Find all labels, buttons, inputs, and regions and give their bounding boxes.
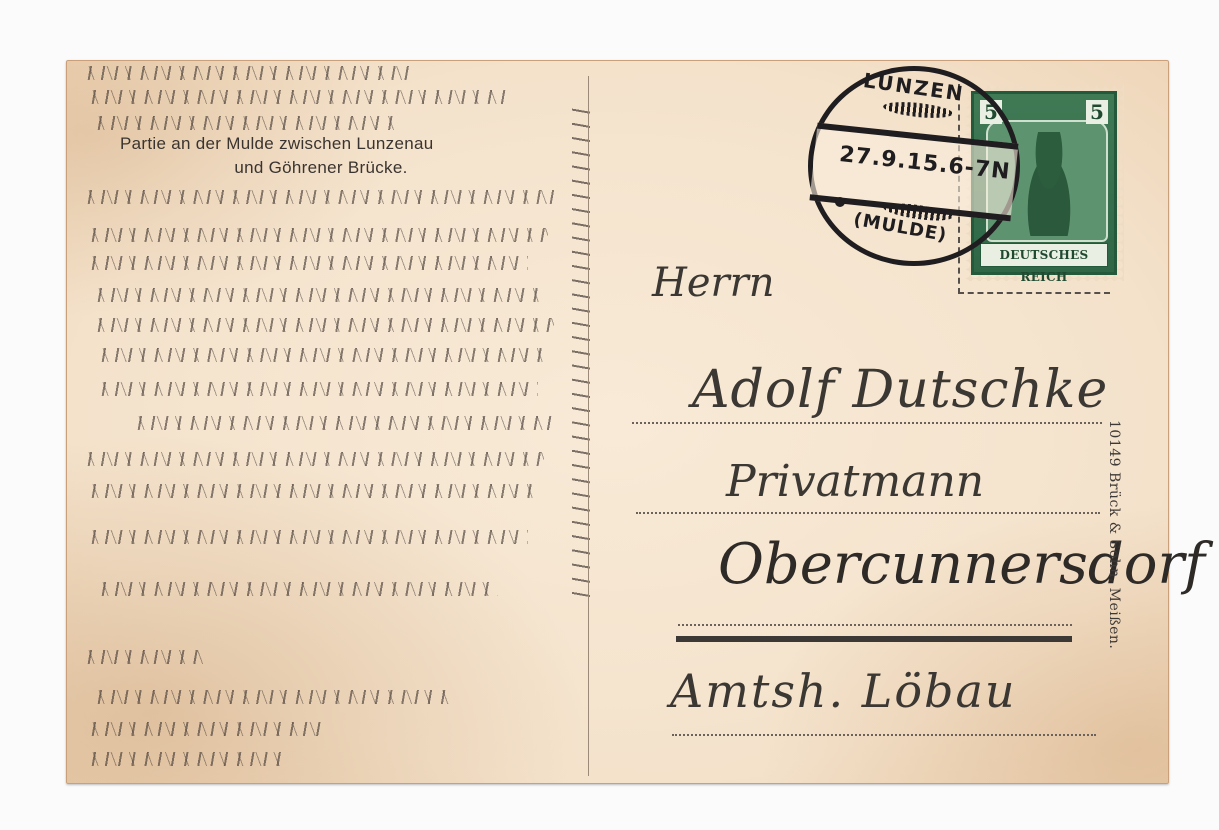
address-dotted-line — [672, 734, 1096, 736]
address-dotted-line — [636, 512, 1100, 514]
handwriting-line — [84, 66, 414, 80]
address-underline — [676, 636, 1072, 642]
address-dotted-line — [678, 624, 1072, 626]
handwriting-line — [88, 90, 508, 104]
postmark-town: LUNZEN — [862, 68, 966, 106]
handwriting-line — [88, 484, 538, 498]
handwriting-line — [98, 582, 498, 596]
address-name: Adolf Dutschke — [692, 360, 1108, 420]
address-town: Obercunnersdorf — [718, 532, 1205, 597]
postmark-star-icon — [835, 197, 845, 207]
handwriting-line — [98, 348, 548, 362]
handwriting-line — [94, 690, 454, 704]
handwriting-line — [88, 530, 528, 544]
handwriting-line — [94, 288, 544, 302]
printed-caption: Partie an der Mulde zwischen Lunzenau un… — [116, 132, 586, 180]
handwriting-line — [94, 116, 394, 130]
postmark: LUNZEN 27.9.15.6-7N (MULDE) — [808, 66, 1020, 266]
caption-line-1: Partie an der Mulde zwischen Lunzenau — [116, 132, 586, 156]
handwriting-line — [84, 650, 204, 664]
handwriting-line — [98, 382, 538, 396]
handwriting-line — [88, 752, 288, 766]
stamp-country: DEUTSCHES REICH — [980, 243, 1108, 267]
message-address-divider — [588, 76, 589, 776]
handwriting-line — [84, 452, 544, 466]
handwriting-line — [134, 416, 554, 430]
handwriting-line — [84, 190, 554, 204]
handwriting-line — [88, 722, 328, 736]
germania-portrait-icon — [1018, 132, 1080, 236]
handwriting-line — [88, 256, 528, 270]
caption-line-2: und Göhrener Brücke. — [116, 156, 586, 180]
address-salutation: Herrn — [652, 260, 775, 306]
postcard-back: Partie an der Mulde zwischen Lunzenau un… — [66, 60, 1169, 784]
publisher-imprint: 10149 Brück & Sohn, Meißen. — [1106, 420, 1122, 649]
handwriting-line — [94, 318, 554, 332]
handwriting-line — [88, 228, 548, 242]
address-title: Privatmann — [726, 456, 984, 507]
address-district: Amtsh. Löbau — [670, 664, 1017, 718]
address-dotted-line — [632, 422, 1102, 424]
stamp-value-right: 5 — [1086, 100, 1108, 124]
